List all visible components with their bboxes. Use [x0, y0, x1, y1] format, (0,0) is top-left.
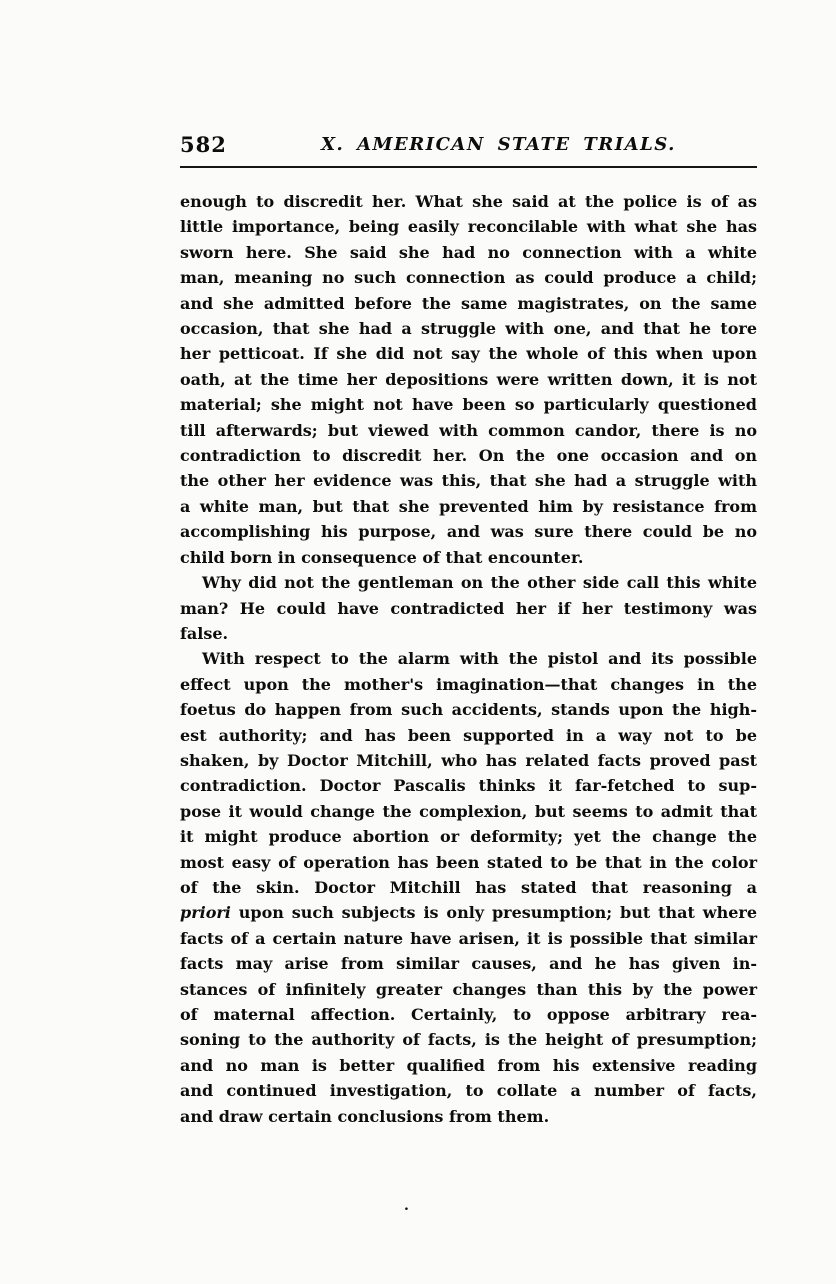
book-page: 582 X. AMERICAN STATE TRIALS. enough to …	[0, 0, 836, 1284]
text-line: and she admitted before the same magistr…	[180, 291, 757, 316]
text-line: of maternal affection. Certainly, to opp…	[180, 1002, 757, 1027]
text-line: priori upon such subjects is only presum…	[180, 900, 757, 925]
text-line: sworn here. She said she had no connecti…	[180, 240, 757, 265]
header-rule	[180, 166, 757, 168]
text-line: accomplishing his purpose, and was sure …	[180, 519, 757, 544]
paragraph: Why did not the gentleman on the other s…	[180, 570, 757, 646]
print-mark: .	[404, 1201, 409, 1211]
text-line: soning to the authority of facts, is the…	[180, 1027, 757, 1052]
running-title: X. AMERICAN STATE TRIALS.	[240, 134, 757, 155]
text-line: foetus do happen from such accidents, st…	[180, 697, 757, 722]
paragraph: enough to discredit her. What she said a…	[180, 189, 757, 570]
text-line: enough to discredit her. What she said a…	[180, 189, 757, 214]
text-line: and draw certain conclusions from them.	[180, 1104, 757, 1129]
text-line: stances of infinitely greater changes th…	[180, 977, 757, 1002]
text-line: With respect to the alarm with the pisto…	[180, 646, 757, 671]
text-line: contradiction to discredit her. On the o…	[180, 443, 757, 468]
text-line: her petticoat. If she did not say the wh…	[180, 341, 757, 366]
running-header: 582 X. AMERICAN STATE TRIALS.	[180, 130, 757, 162]
text-line: and continued investigation, to collate …	[180, 1078, 757, 1103]
text-line: little importance, being easily reconcil…	[180, 214, 757, 239]
text-line: contradiction. Doctor Pascalis thinks it…	[180, 773, 757, 798]
text-line: est authority; and has been supported in…	[180, 723, 757, 748]
text-line: facts may arise from similar causes, and…	[180, 951, 757, 976]
text-line: of the skin. Doctor Mitchill has stated …	[180, 875, 757, 900]
text-line: a white man, but that she prevented him …	[180, 494, 757, 519]
text-line: material; she might not have been so par…	[180, 392, 757, 417]
text-line: false.	[180, 621, 757, 646]
text-line: child born in consequence of that encoun…	[180, 545, 757, 570]
text-line: most easy of operation has been stated t…	[180, 850, 757, 875]
text-line: Why did not the gentleman on the other s…	[180, 570, 757, 595]
text-line: shaken, by Doctor Mitchill, who has rela…	[180, 748, 757, 773]
text-line: it might produce abortion or deformity; …	[180, 824, 757, 849]
text-line: facts of a certain nature have arisen, i…	[180, 926, 757, 951]
text-line: occasion, that she had a struggle with o…	[180, 316, 757, 341]
page-body: enough to discredit her. What she said a…	[180, 189, 757, 1129]
text-line: the other her evidence was this, that sh…	[180, 468, 757, 493]
page-number: 582	[180, 132, 227, 157]
text-line: man, meaning no such connection as could…	[180, 265, 757, 290]
text-line: and no man is better qualified from his …	[180, 1053, 757, 1078]
paragraph: With respect to the alarm with the pisto…	[180, 646, 757, 1129]
text-line: man? He could have contradicted her if h…	[180, 596, 757, 621]
text-column: 582 X. AMERICAN STATE TRIALS. enough to …	[180, 130, 757, 1129]
text-line: pose it would change the complexion, but…	[180, 799, 757, 824]
text-line: effect upon the mother's imagination—tha…	[180, 672, 757, 697]
text-line: oath, at the time her depositions were w…	[180, 367, 757, 392]
text-line: till afterwards; but viewed with common …	[180, 418, 757, 443]
